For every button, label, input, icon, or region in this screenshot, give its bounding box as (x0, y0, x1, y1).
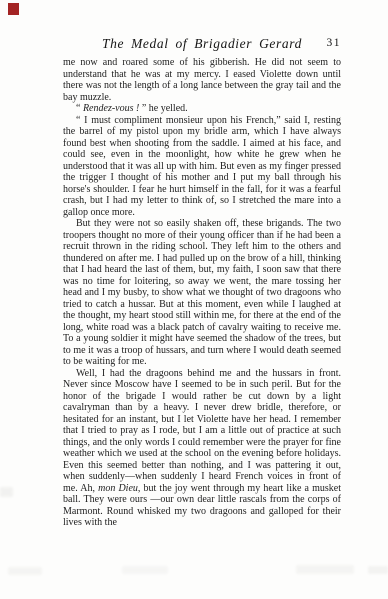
book-page: The Medal of Brigadier Gerard 31 me now … (0, 0, 388, 599)
italic-text: Rendez-vous ! (83, 103, 139, 114)
text-run: ” he yelled. (139, 103, 187, 114)
scan-smudge (122, 566, 168, 574)
text-run: But they were not so easily shaken off, … (63, 218, 341, 367)
running-header: The Medal of Brigadier Gerard 31 (63, 36, 341, 52)
page-number: 31 (327, 37, 342, 49)
text-run: Well, I had the dragoons behind me and t… (63, 368, 341, 494)
page-title: The Medal of Brigadier Gerard (63, 36, 341, 52)
scan-smudge (368, 566, 388, 574)
italic-text: mon Dieu (98, 483, 138, 494)
paragraph: But they were not so easily shaken off, … (63, 218, 341, 368)
text-run: me now and roared some of his gibberish.… (63, 57, 341, 103)
scan-smudge (8, 567, 42, 575)
body-text: me now and roared some of his gibberish.… (63, 57, 341, 529)
scan-smudge (296, 565, 354, 574)
scan-smudge (0, 487, 13, 497)
paragraph: “ I must compliment monsieur upon his Fr… (63, 115, 341, 219)
text-run: “ I must compliment monsieur upon his Fr… (63, 115, 341, 218)
text-run: “ (76, 103, 83, 114)
paragraph: “ Rendez-vous ! ” he yelled. (63, 103, 341, 115)
paragraph: Well, I had the dragoons behind me and t… (63, 368, 341, 529)
red-corner-mark (8, 3, 19, 15)
paragraph: me now and roared some of his gibberish.… (63, 57, 341, 103)
